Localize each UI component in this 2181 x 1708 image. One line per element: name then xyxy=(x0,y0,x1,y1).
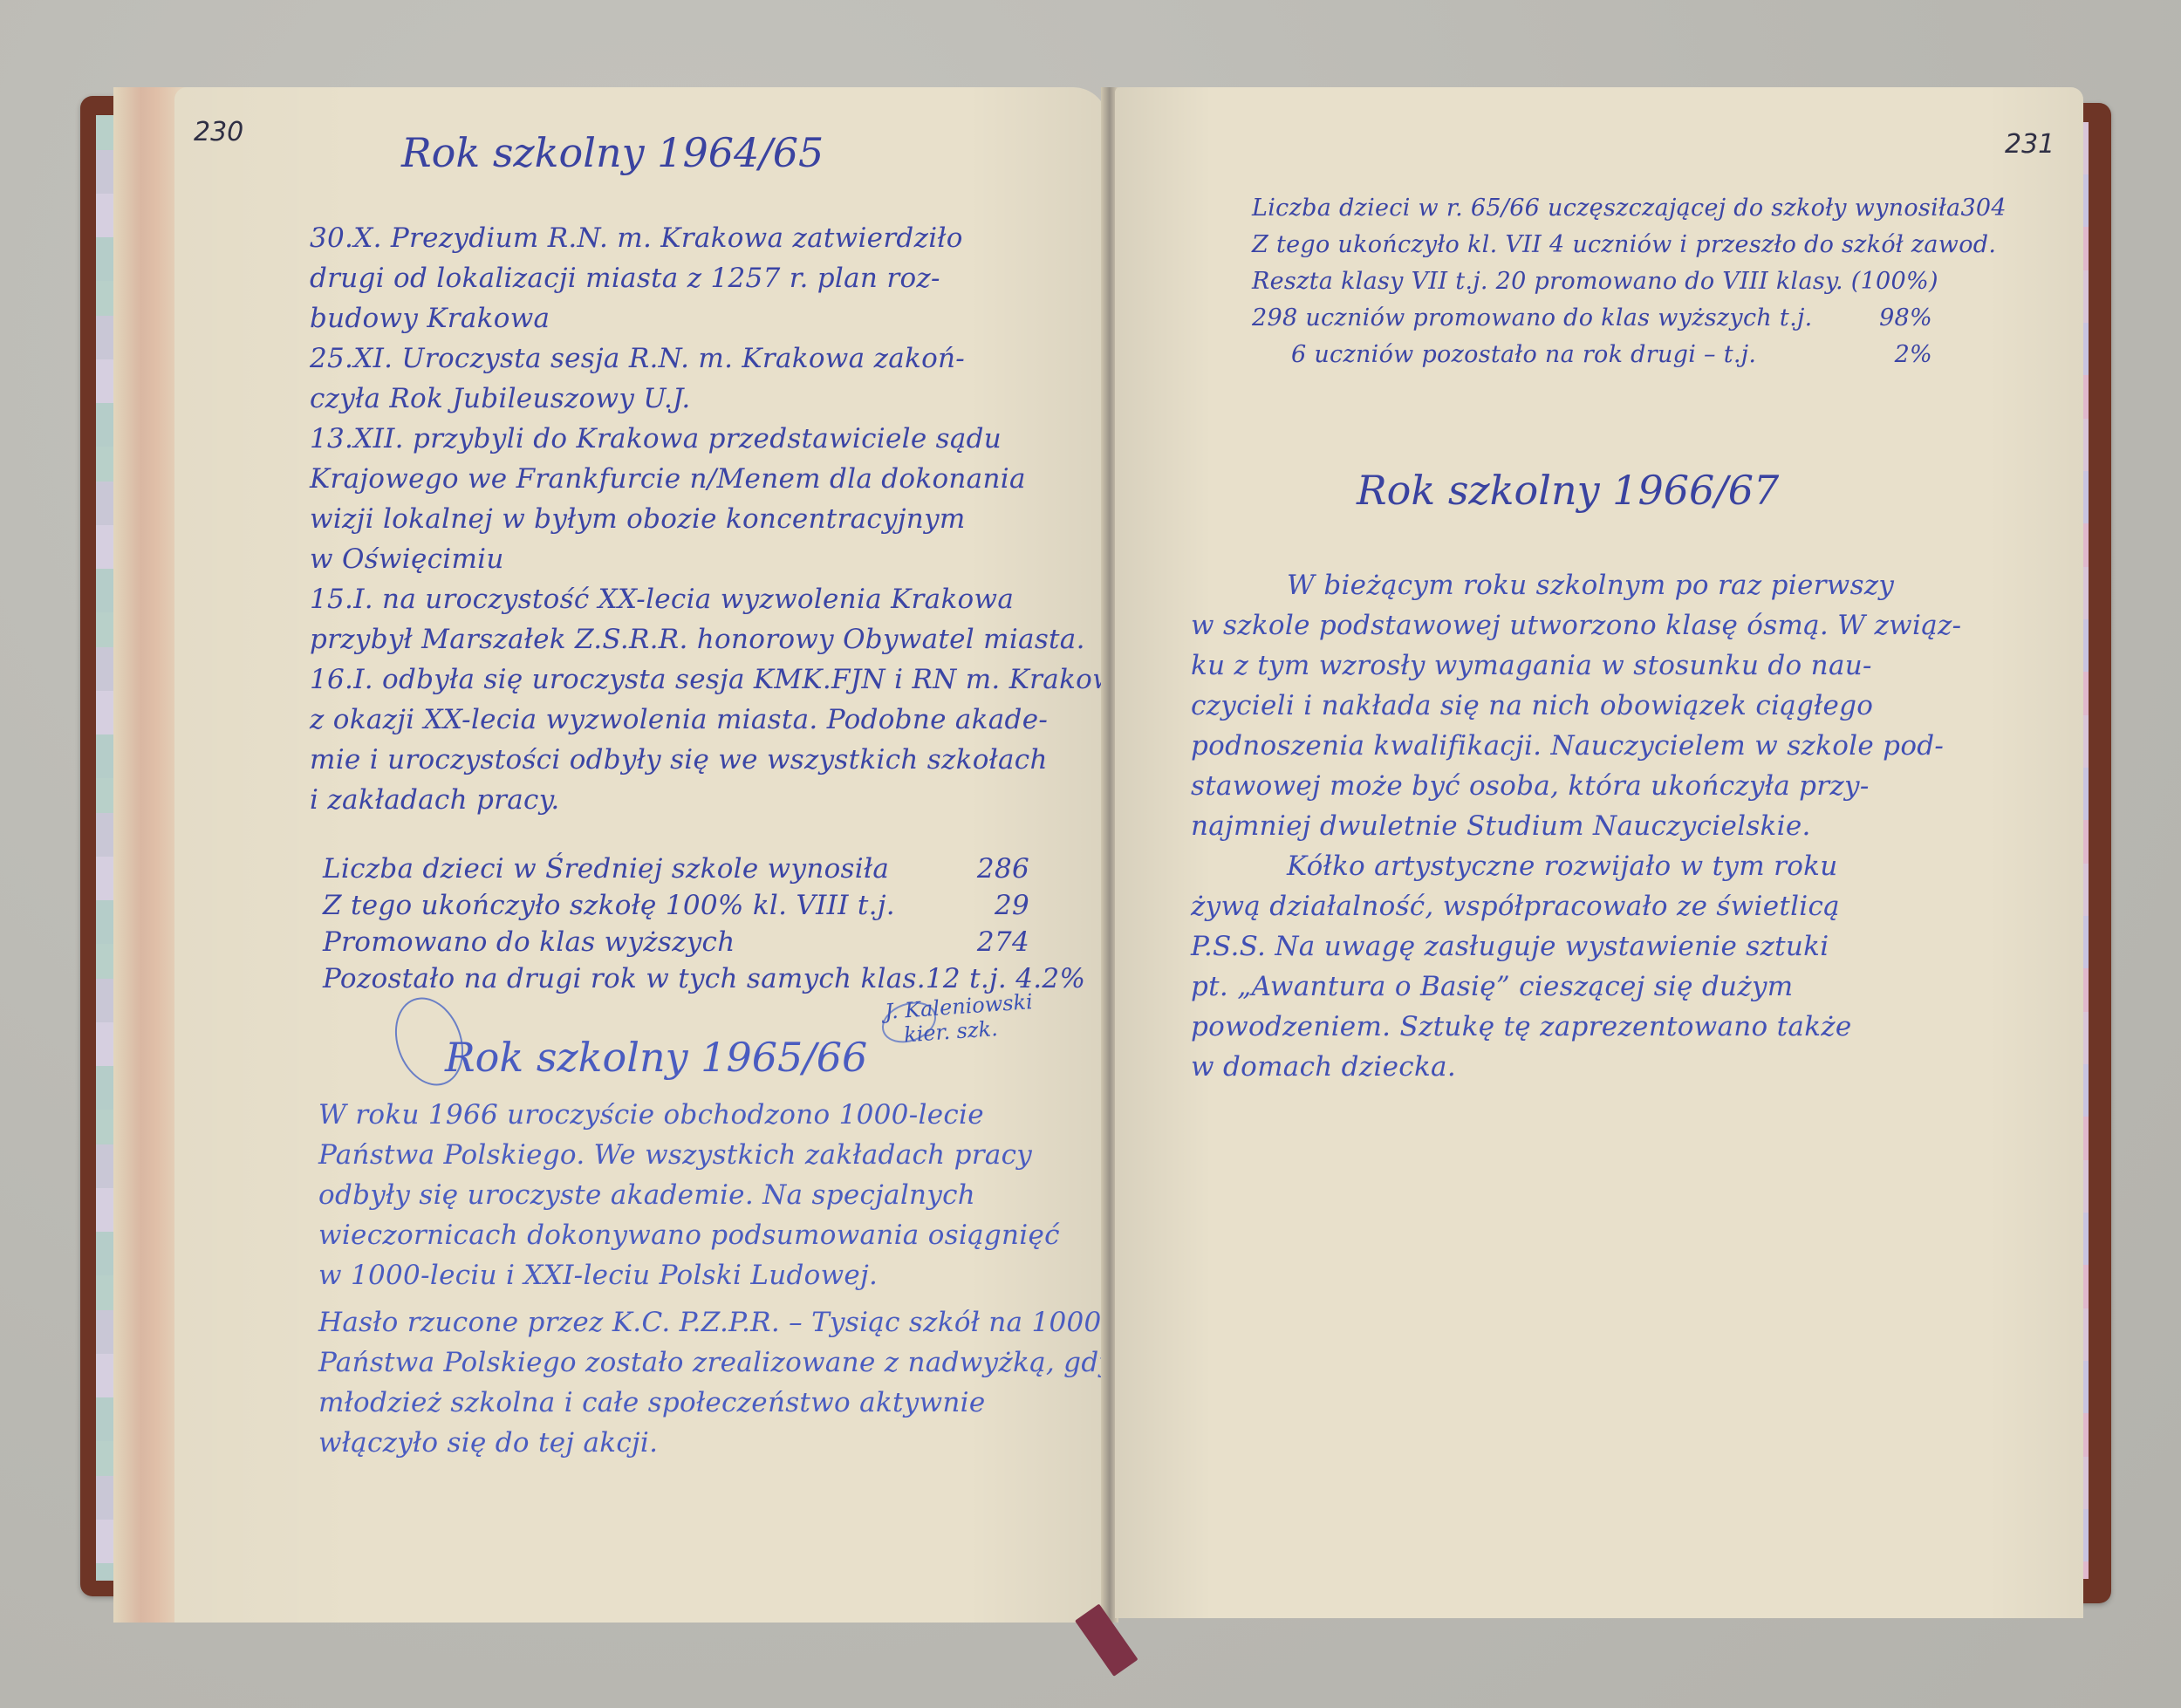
stat-row: 6 uczniów pozostało na rok drugi – t.j. … xyxy=(1252,337,1932,373)
stat-row: Liczba dzieci w r. 65/66 uczęszczającej … xyxy=(1252,190,1932,227)
text-line: Krajowego we Frankfurcie n/Menem dla dok… xyxy=(310,459,1060,499)
text-line: Kółko artystyczne rozwijało w tym roku xyxy=(1191,846,1993,886)
stat-value: 274 xyxy=(977,924,1029,960)
text-line: W bieżącym roku szkolnym po raz pierwszy xyxy=(1191,565,1993,605)
text-line: Hasło rzucone przez K.C. P.Z.P.R. – Tysi… xyxy=(318,1302,1121,1342)
text-line: Państwa Polskiego. We wszystkich zakłada… xyxy=(318,1135,1121,1175)
text-line: budowy Krakowa xyxy=(310,298,1060,338)
stat-label: Z tego ukończyło szkołę 100% kl. VIII t.… xyxy=(323,887,895,924)
text-line: mie i uroczystości odbyły się we wszystk… xyxy=(310,740,1060,780)
text-line: z okazji XX-lecia wyzwolenia miasta. Pod… xyxy=(310,700,1060,740)
stat-row: Pozostało na drugi rok w tych samych kla… xyxy=(323,960,1029,997)
stat-label: 298 uczniów promowano do klas wyższych t… xyxy=(1252,300,1813,337)
text-line: odbyły się uroczyste akademie. Na specja… xyxy=(318,1175,1121,1215)
text-line: w 1000-leciu i XXI-leciu Polski Ludowej. xyxy=(318,1255,1121,1295)
stat-label: Z tego ukończyło kl. VII 4 uczniów i prz… xyxy=(1252,227,1996,263)
stat-row: Z tego ukończyło kl. VII 4 uczniów i prz… xyxy=(1252,227,1932,263)
section-title-1965-66: Rok szkolny 1965/66 xyxy=(445,1034,867,1081)
text-line: w domach dziecka. xyxy=(1191,1047,1993,1087)
text-line: najmniej dwuletnie Studium Nauczycielski… xyxy=(1191,806,1993,846)
text-line: powodzeniem. Sztukę tę zaprezentowano ta… xyxy=(1191,1007,1993,1047)
stat-label: Liczba dzieci w Średniej szkole wynosiła xyxy=(323,851,889,887)
stats-1964-65: Liczba dzieci w Średniej szkole wynosiła… xyxy=(323,851,1029,997)
page-number-right: 231 xyxy=(2005,129,2055,160)
text-line: wieczornicach dokonywano podsumowania os… xyxy=(318,1215,1121,1255)
text-line: przybył Marszałek Z.S.R.R. honorowy Obyw… xyxy=(310,619,1060,659)
stats-1965-66: Liczba dzieci w r. 65/66 uczęszczającej … xyxy=(1252,190,1932,373)
stat-label: Pozostało na drugi rok w tych samych kla… xyxy=(323,960,926,997)
entries-1964-65: 30.X. Prezydium R.N. m. Krakowa zatwierd… xyxy=(310,218,1060,820)
text-line: czyła Rok Jubileuszowy U.J. xyxy=(310,379,1060,419)
text-line: 25.XI. Uroczysta sesja R.N. m. Krakowa z… xyxy=(310,338,1060,379)
text-line: w Oświęcimiu xyxy=(310,539,1060,579)
section-title-1966-67: Rok szkolny 1966/67 xyxy=(1357,467,1779,514)
stat-value: 98% xyxy=(1879,300,1932,337)
text-line: pt. „Awantura o Basię” cieszącej się duż… xyxy=(1191,967,1993,1007)
text-line: wizji lokalnej w byłym obozie koncentrac… xyxy=(310,499,1060,539)
stat-label: Promowano do klas wyższych xyxy=(323,924,735,960)
stat-label: Liczba dzieci w r. 65/66 uczęszczającej … xyxy=(1252,190,1960,227)
section-title-1964-65: Rok szkolny 1964/65 xyxy=(401,129,824,176)
text-line: w szkole podstawowej utworzono klasę ósm… xyxy=(1191,605,1993,646)
marbled-endpaper-left xyxy=(96,115,115,1581)
stat-row: Reszta klasy VII t.j. 20 promowano do VI… xyxy=(1252,263,1932,300)
page-number-left: 230 xyxy=(194,117,243,147)
text-line: W roku 1966 uroczyście obchodzono 1000-l… xyxy=(318,1095,1121,1135)
stat-row: Promowano do klas wyższych 274 xyxy=(323,924,1029,960)
stat-row: Liczba dzieci w Średniej szkole wynosiła… xyxy=(323,851,1029,887)
text-line: Państwa Polskiego zostało zrealizowane z… xyxy=(318,1342,1121,1383)
text-line: 15.I. na uroczystość XX-lecia wyzwolenia… xyxy=(310,579,1060,619)
text-line: 30.X. Prezydium R.N. m. Krakowa zatwierd… xyxy=(310,218,1060,258)
stat-label: 6 uczniów pozostało na rok drugi – t.j. xyxy=(1291,337,1756,373)
text-line: stawowej może być osoba, która ukończyła… xyxy=(1191,766,1993,806)
stat-row: Z tego ukończyło szkołę 100% kl. VIII t.… xyxy=(323,887,1029,924)
stat-value: 304 xyxy=(1960,190,2006,227)
text-line: włączyło się do tej akcji. xyxy=(318,1423,1121,1463)
text-line: żywą działalność, współpracowało ze świe… xyxy=(1191,886,1993,926)
text-line: i zakładach pracy. xyxy=(310,780,1060,820)
text-line: podnoszenia kwalifikacji. Nauczycielem w… xyxy=(1191,726,1993,766)
entries-1966-67: W bieżącym roku szkolnym po raz pierwszy… xyxy=(1191,565,1993,1087)
text-line: 13.XII. przybyli do Krakowa przedstawici… xyxy=(310,419,1060,459)
stat-value: 2% xyxy=(1895,337,1932,373)
entries-1965-66: W roku 1966 uroczyście obchodzono 1000-l… xyxy=(318,1095,1121,1463)
text-line: młodzież szkolna i całe społeczeństwo ak… xyxy=(318,1383,1121,1423)
stat-value: 29 xyxy=(995,887,1029,924)
text-line: czycieli i nakłada się na nich obowiązek… xyxy=(1191,686,1993,726)
stat-label: Reszta klasy VII t.j. 20 promowano do VI… xyxy=(1252,263,1938,300)
stat-value: 286 xyxy=(977,851,1029,887)
text-line: ku z tym wzrosły wymagania w stosunku do… xyxy=(1191,646,1993,686)
text-line: P.S.S. Na uwagę zasługuje wystawienie sz… xyxy=(1191,926,1993,967)
stat-row: 298 uczniów promowano do klas wyższych t… xyxy=(1252,300,1932,337)
text-line: 16.I. odbyła się uroczysta sesja KMK.FJN… xyxy=(310,659,1060,700)
text-line: drugi od lokalizacji miasta z 1257 r. pl… xyxy=(310,258,1060,298)
signature: J. Kaleniowski kier. szk. xyxy=(884,989,1035,1049)
